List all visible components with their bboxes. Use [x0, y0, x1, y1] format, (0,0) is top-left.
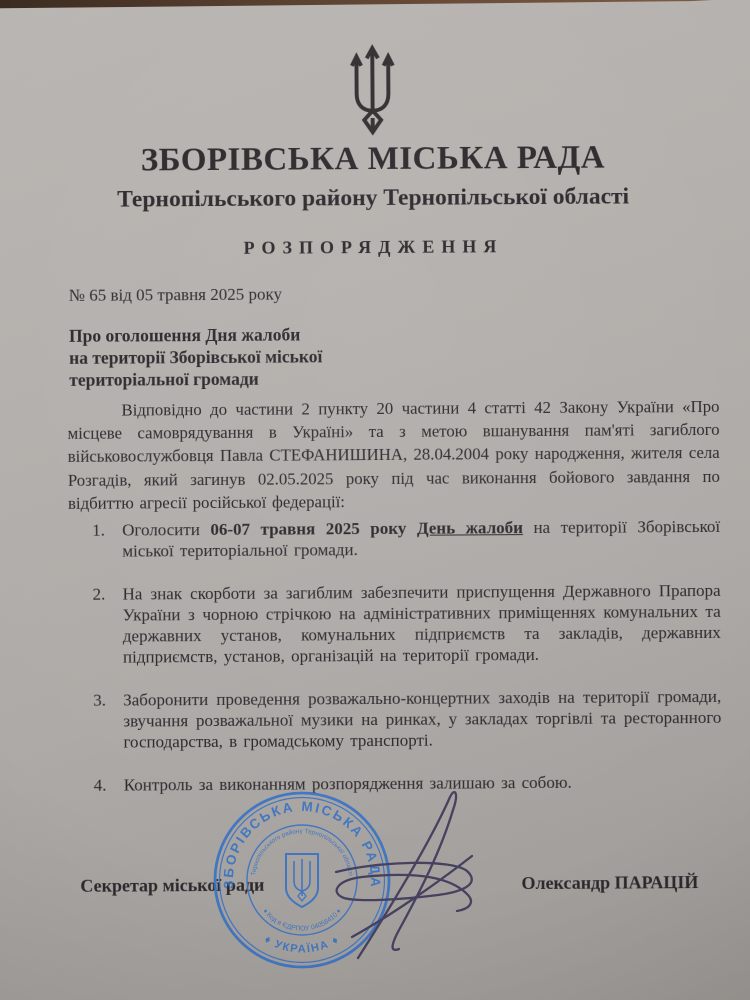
order-item: 1.Оголосити 06-07 травня 2025 року День … — [92, 516, 720, 562]
signature-row: Секретар міської ради Олександр ПАРАЦІЙ — [80, 872, 698, 897]
order-items-list: 1.Оголосити 06-07 травня 2025 року День … — [92, 516, 722, 817]
org-name-heading: ЗБОРІВСЬКА МІСЬКА РАДА — [0, 139, 748, 181]
item-text: Оголосити 06-07 травня 2025 року День жа… — [122, 516, 720, 562]
subject-line: Про оголошення Дня жалоби — [69, 323, 322, 347]
item-text: На знак скорботи за загиблим забезпечити… — [123, 579, 722, 668]
signer-name: Олександр ПАРАЦІЙ — [521, 872, 698, 894]
item-number: 4. — [94, 774, 124, 795]
item-text: Заборонити проведення розважально-концер… — [123, 686, 721, 754]
doc-type-title: РОЗПОРЯДЖЕННЯ — [0, 235, 749, 261]
item-number: 3. — [93, 689, 123, 753]
order-item: 3.Заборонити проведення розважально-конц… — [93, 686, 721, 754]
item-number: 2. — [93, 583, 124, 668]
document-content: ЗБОРІВСЬКА МІСЬКА РАДА Тернопільського р… — [0, 0, 750, 1000]
doc-number-line: № 65 від 05 травня 2025 року — [69, 285, 282, 306]
document-page: ЗБОРІВСЬКА МІСЬКА РАДА Тернопільського р… — [0, 0, 750, 1000]
doc-subject: Про оголошення Дня жалоби на території З… — [69, 323, 323, 391]
item-number: 1. — [92, 520, 122, 563]
order-item: 2.На знак скорботи за загиблим забезпечи… — [93, 579, 722, 668]
item-text: Контроль за виконанням розпорядження зал… — [124, 771, 722, 796]
subject-line: територіальної громади — [69, 367, 322, 391]
order-item: 4.Контроль за виконанням розпорядження з… — [94, 771, 722, 796]
preamble-paragraph: Відповідно до частини 2 пункту 20 частин… — [67, 395, 720, 515]
tryzub-emblem-icon — [344, 44, 401, 140]
subject-line: на території Зборівської міської — [69, 345, 322, 369]
signer-position: Секретар міської ради — [80, 875, 264, 897]
org-region-heading: Тернопільського району Тернопільської об… — [0, 183, 748, 215]
